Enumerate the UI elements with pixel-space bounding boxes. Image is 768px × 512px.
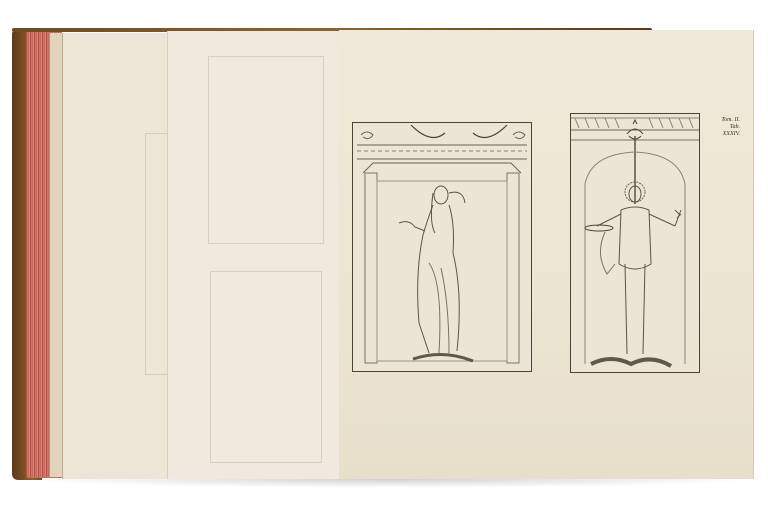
- left-page: [62, 33, 171, 479]
- folded-flap-page: [167, 31, 341, 479]
- plate-number-label: Tom. II. Tab. XXXIV.: [700, 117, 740, 138]
- plate-label-tome: Tom. II.: [700, 117, 740, 124]
- plate-label-numeral: XXXIV.: [700, 131, 740, 138]
- male-figure-engraving: [571, 114, 699, 372]
- open-book: Tom. II. Tab. XXXIV.: [0, 0, 768, 512]
- female-figure-engraving: [353, 123, 531, 371]
- ghost-plate-bottom: [210, 271, 322, 463]
- plate-label-tab: Tab.: [700, 124, 740, 131]
- ghost-plate-top: [208, 56, 324, 244]
- plate-female-figure: [352, 122, 532, 372]
- plate-male-figure: [570, 113, 700, 373]
